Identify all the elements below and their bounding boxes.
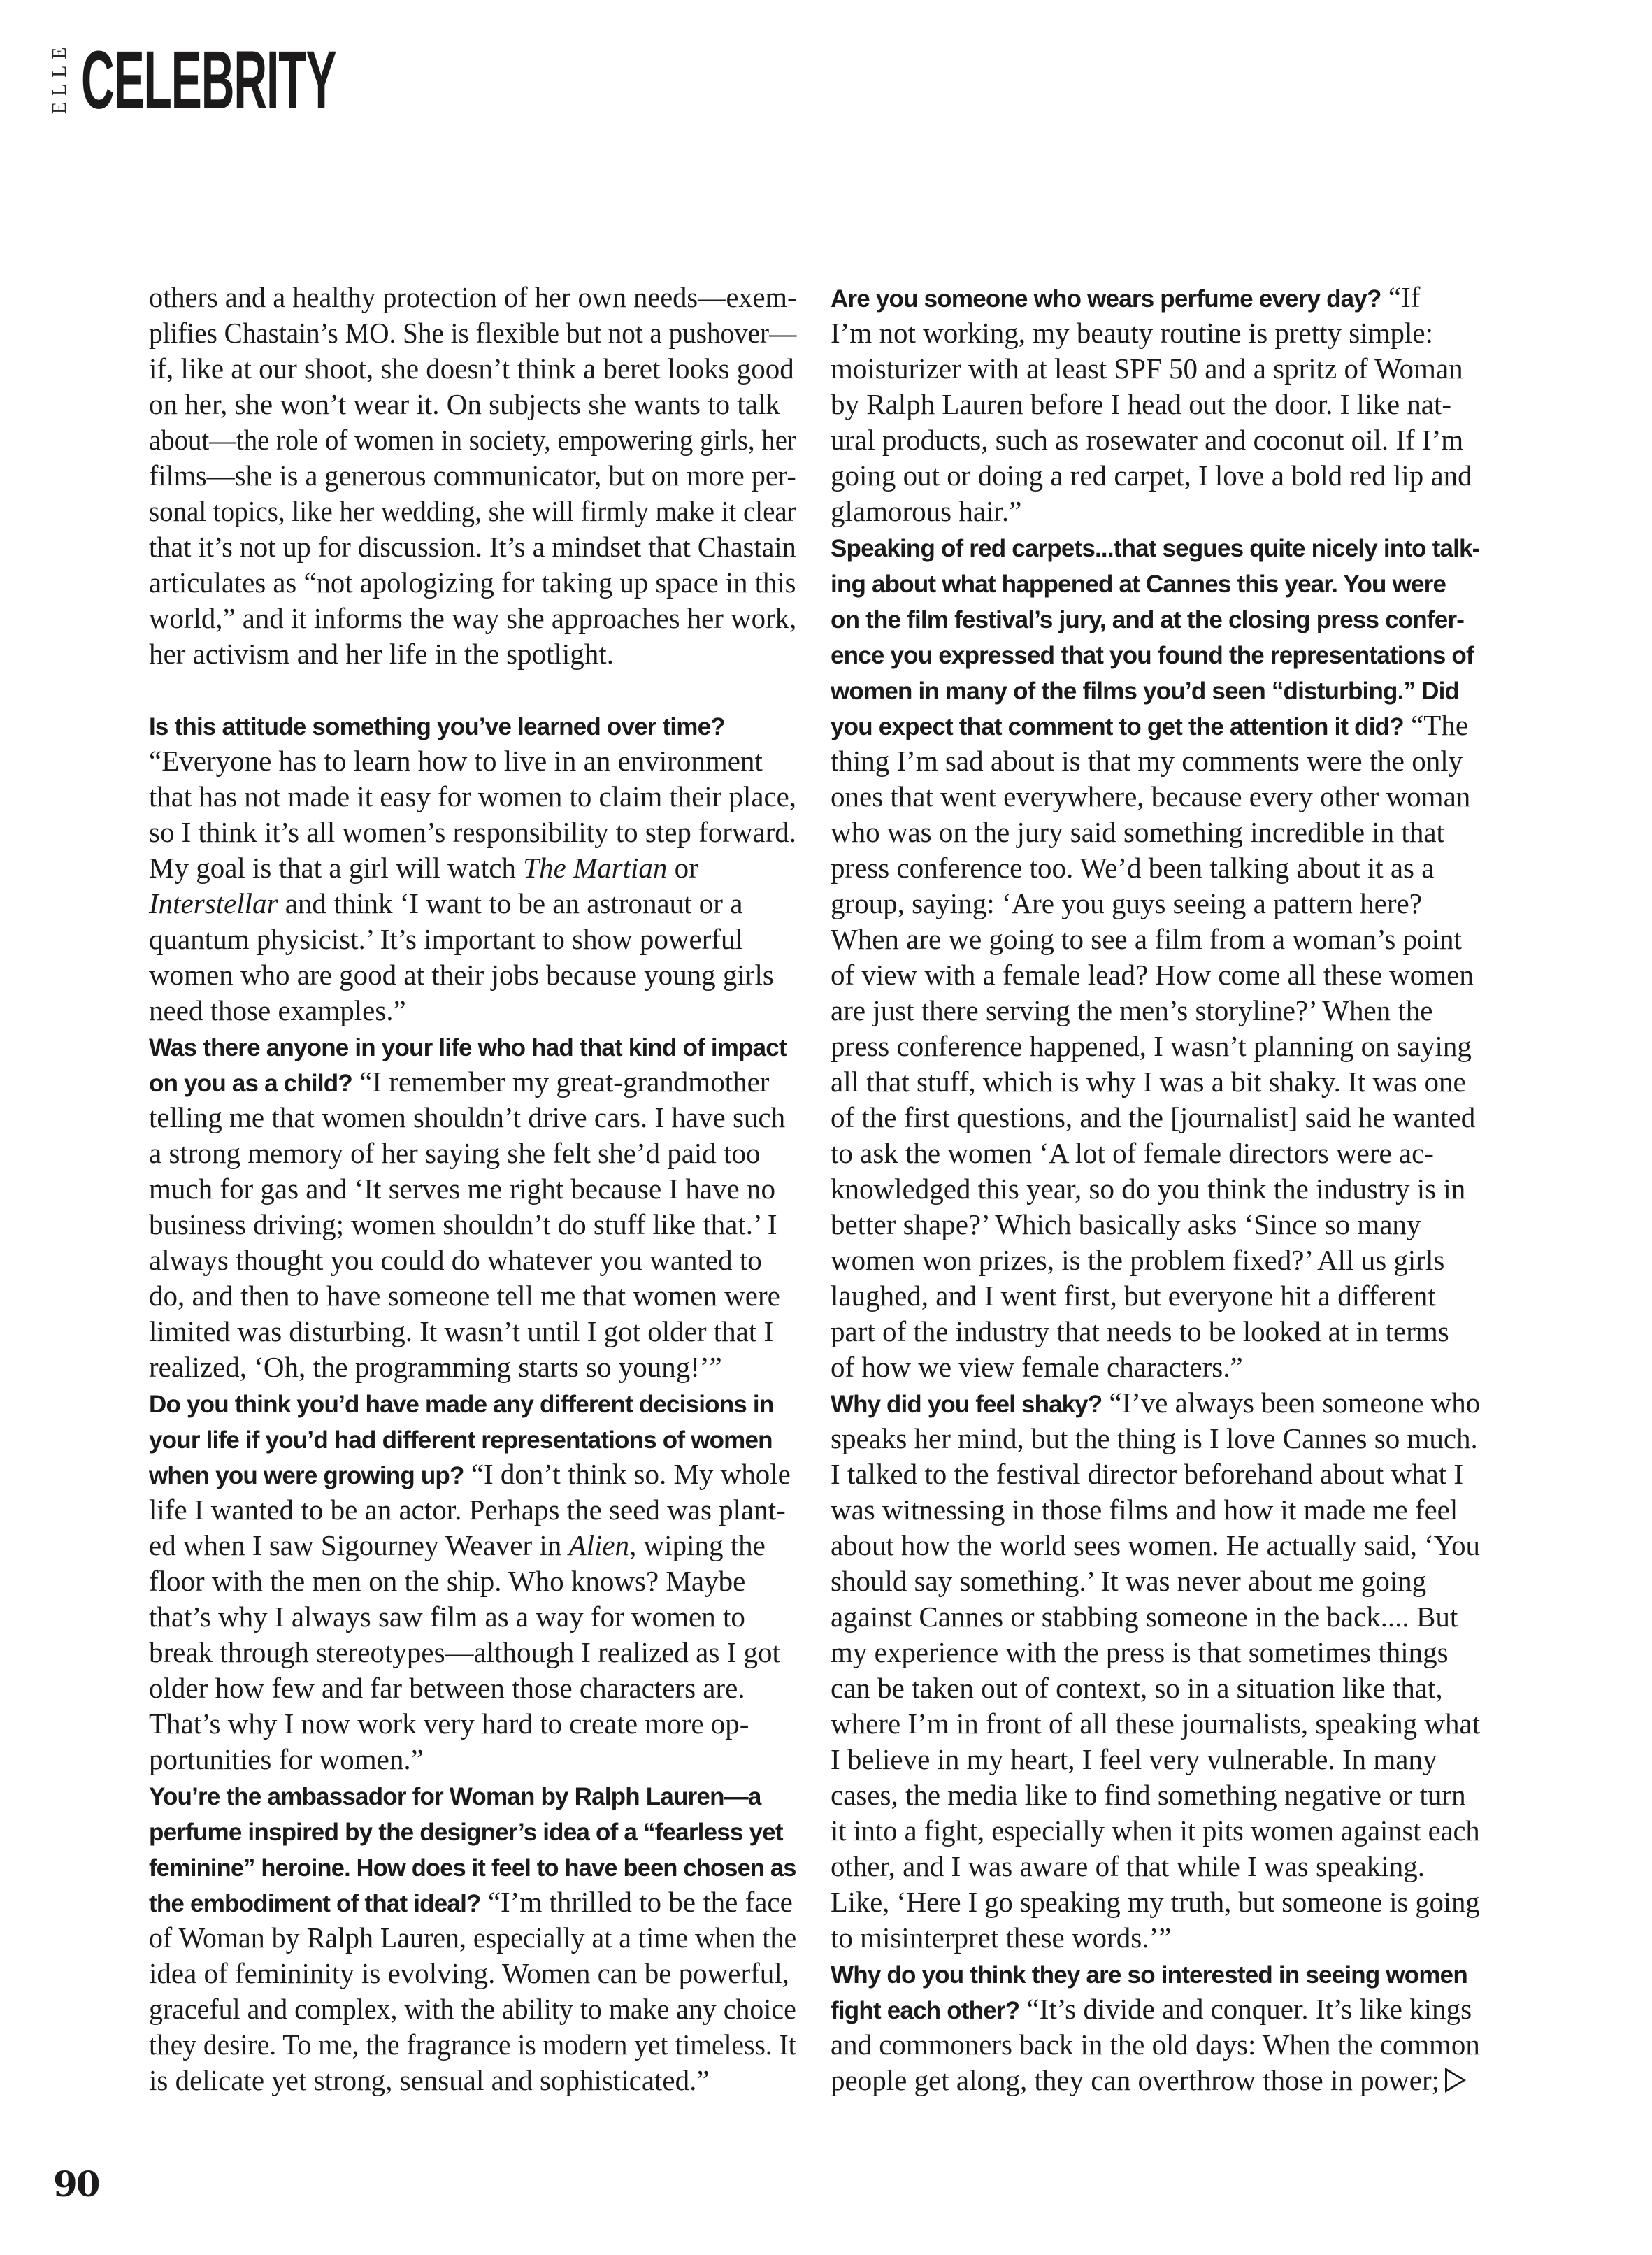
interview-question: on the film festival’s jury, and at the … [831,606,1464,633]
interview-question: Is this attitude something you’ve learne… [149,713,725,740]
text-line: to ask the women ‘A lot of female direct… [831,1136,1480,1171]
body-text: films—she is a generous communicator, bu… [149,459,796,492]
body-text: When are we going to see a film from a w… [831,923,1462,955]
body-text: portunities for women.” [149,1743,424,1775]
text-line: I’m not working, my beauty routine is pr… [831,315,1480,351]
text-line: the embodiment of that ideal? “I’m thril… [149,1884,796,1920]
interview-question: Do you think you’d have made any differe… [149,1391,773,1418]
body-text: that has not made it easy for women to c… [149,780,796,812]
body-text: part of the industry that needs to be lo… [831,1315,1449,1347]
body-text: others and a healthy protection of her o… [149,281,796,313]
text-line: floor with the men on the ship. Who know… [149,1563,796,1599]
text-line: is delicate yet strong, sensual and soph… [149,2063,796,2098]
body-text: sonal topics, like her wedding, she will… [149,495,796,527]
interview-question: fight each other? [831,1997,1019,2024]
body-text: that it’s not up for discussion. It’s a … [149,531,796,563]
text-line: thing I’m sad about is that my comments … [831,743,1480,779]
text-line: your life if you’d had different represe… [149,1421,796,1456]
text-line: films—she is a generous communicator, bu… [149,458,796,494]
body-text: My goal is that a girl will watch [149,852,523,884]
text-line: articulates as “not apologizing for taki… [149,565,796,601]
text-line: Are you someone who wears perfume every … [831,280,1480,315]
text-line: break through stereotypes—although I rea… [149,1635,796,1670]
body-text: press conference happened, I wasn’t plan… [831,1030,1472,1062]
body-text: idea of femininity is evolving. Women ca… [149,1957,789,1989]
text-line: press conference too. We’d been talking … [831,850,1480,886]
text-line: laughed, and I went first, but everyone … [831,1278,1480,1314]
text-line: fight each other? “It’s divide and conqu… [831,1991,1480,2027]
body-text: about—the role of women in society, empo… [149,424,796,456]
text-line: idea of femininity is evolving. Women ca… [149,1956,796,1991]
italic-title: Interstellar [149,887,278,919]
text-line: ing about what happened at Cannes this y… [831,565,1480,601]
body-text: or [667,852,698,884]
text-line: knowledged this year, so do you think th… [831,1171,1480,1207]
text-line: Why do you think they are so interested … [831,1956,1480,1991]
text-line: Like, ‘Here I go speaking my truth, but … [831,1884,1480,1920]
text-line: feminine” heroine. How does it feel to h… [149,1849,796,1884]
text-line: My goal is that a girl will watch The Ma… [149,850,796,886]
body-text: speaks her mind, but the thing is I love… [831,1422,1478,1454]
body-text: better shape?’ Which basically asks ‘Sin… [831,1208,1421,1240]
text-line: to misinterpret these words.’” [831,1920,1480,1956]
body-text: about how the world sees women. He actua… [831,1529,1480,1561]
interview-question: Why did you feel shaky? [831,1391,1102,1418]
interview-question: you expect that comment to get the atten… [831,713,1404,740]
text-line: they desire. To me, the fragrance is mod… [149,2027,796,2063]
body-text: against Cannes or stabbing someone in th… [831,1601,1458,1633]
interview-question: perfume inspired by the designer’s idea … [149,1819,783,1846]
text-line: going out or doing a red carpet, I love … [831,458,1480,494]
text-line: by Ralph Lauren before I head out the do… [831,387,1480,422]
text-line: realized, ‘Oh, the programming starts so… [149,1350,796,1385]
body-text: do, and then to have someone tell me tha… [149,1280,780,1312]
text-line: should say something.’ It was never abou… [831,1563,1480,1599]
body-text: knowledged this year, so do you think th… [831,1173,1465,1205]
text-line: Why did you feel shaky? “I’ve always bee… [831,1385,1480,1421]
text-line: my experience with the press is that som… [831,1635,1480,1670]
interview-question: You’re the ambassador for Woman by Ralph… [149,1783,761,1810]
body-text: if, like at our shoot, she doesn’t think… [149,352,794,385]
text-line: who was on the jury said something incre… [831,815,1480,850]
text-line: and commoners back in the old days: When… [831,2027,1480,2063]
text-line: are just there serving the men’s storyli… [831,993,1480,1029]
body-text: so I think it’s all women’s responsibili… [149,816,796,848]
body-text: “The [1404,709,1468,741]
body-text: should say something.’ It was never abou… [831,1565,1426,1597]
interview-question: Was there anyone in your life who had th… [149,1034,787,1061]
body-text: of view with a female lead? How come all… [831,959,1474,991]
text-line: Was there anyone in your life who had th… [149,1029,796,1064]
text-line: perfume inspired by the designer’s idea … [149,1813,796,1849]
text-line: quantum physicist.’ It’s important to sh… [149,922,796,957]
text-line: ed when I saw Sigourney Weaver in Alien,… [149,1528,796,1563]
text-line: others and a healthy protection of her o… [149,280,796,315]
text-line: ones that went everywhere, because every… [831,779,1480,815]
text-line: plifies Chastain’s MO. She is flexible b… [149,315,796,351]
body-text: graceful and complex, with the ability t… [149,1993,796,2025]
body-text: “I’m thrilled to be the face [481,1886,793,1918]
body-text: “I remember my great-grandmother [352,1066,770,1098]
body-text: where I’m in front of all these journali… [831,1708,1480,1740]
interview-question: on you as a child? [149,1070,352,1097]
text-line: other, and I was aware of that while I w… [831,1849,1480,1884]
text-line: was witnessing in those films and how it… [831,1492,1480,1528]
interview-question: Why do you think they are so interested … [831,1961,1467,1989]
text-line: life I wanted to be an actor. Perhaps th… [149,1492,796,1528]
body-text: I’m not working, my beauty routine is pr… [831,317,1433,349]
body-text: press conference too. We’d been talking … [831,852,1434,884]
text-line [149,672,796,708]
body-text: “I don’t think so. My whole [464,1458,791,1490]
body-text: older how few and far between those char… [149,1672,745,1704]
text-line: portunities for women.” [149,1742,796,1777]
article-column-right: Are you someone who wears perfume every … [831,280,1480,2098]
text-line: Is this attitude something you’ve learne… [149,708,796,743]
text-line: moisturizer with at least SPF 50 and a s… [831,351,1480,387]
body-text: “Everyone has to learn how to live in an… [149,745,763,777]
elle-logo: ELLE [50,47,71,114]
body-text: group, saying: ‘Are you guys seeing a pa… [831,887,1422,919]
body-text: need those examples.” [149,994,406,1026]
body-text: always thought you could do whatever you… [149,1244,762,1276]
text-line: need those examples.” [149,993,796,1029]
text-line: When are we going to see a film from a w… [831,922,1480,957]
text-line: much for gas and ‘It serves me right bec… [149,1171,796,1207]
text-line: Speaking of red carpets...that segues qu… [831,529,1480,565]
text-line: it into a fight, especially when it pits… [831,1813,1480,1849]
body-text: quantum physicist.’ It’s important to sh… [149,923,743,955]
body-text: life I wanted to be an actor. Perhaps th… [149,1494,786,1526]
text-line: better shape?’ Which basically asks ‘Sin… [831,1207,1480,1243]
body-text: “If [1381,281,1421,313]
body-text: and commoners back in the old days: When… [831,2028,1480,2061]
body-text: of how we view female characters.” [831,1351,1243,1383]
body-text: they desire. To me, the fragrance is mod… [149,2028,796,2061]
body-text: ural products, such as rosewater and coc… [831,424,1463,456]
section-title: CELEBRITY [81,39,336,122]
text-line: of Woman by Ralph Lauren, especially at … [149,1920,796,1956]
body-text: who was on the jury said something incre… [831,816,1444,848]
text-line: “Everyone has to learn how to live in an… [149,743,796,779]
body-text: a strong memory of her saying she felt s… [149,1137,760,1169]
interview-question: your life if you’d had different represe… [149,1426,773,1454]
italic-title: Alien [569,1529,630,1561]
body-text: are just there serving the men’s storyli… [831,994,1432,1026]
text-line: You’re the ambassador for Woman by Ralph… [149,1777,796,1813]
body-text: “I’ve always been someone who [1102,1387,1480,1419]
text-line: on her, she won’t wear it. On subjects s… [149,387,796,422]
body-text: “It’s divide and conquer. It’s like king… [1019,1993,1472,2025]
body-text: her activism and her life in the spotlig… [149,638,614,670]
text-line: part of the industry that needs to be lo… [831,1314,1480,1350]
text-line: about—the role of women in society, empo… [149,422,796,458]
text-line: Interstellar and think ‘I want to be an … [149,886,796,922]
body-text: realized, ‘Oh, the programming starts so… [149,1351,722,1383]
body-text: Like, ‘Here I go speaking my truth, but … [831,1886,1480,1918]
body-text: by Ralph Lauren before I head out the do… [831,388,1451,420]
body-text: is delicate yet strong, sensual and soph… [149,2064,710,2096]
text-line: where I’m in front of all these journali… [831,1706,1480,1742]
text-line: can be taken out of context, so in a sit… [831,1670,1480,1706]
text-line: about how the world sees women. He actua… [831,1528,1480,1563]
body-text: thing I’m sad about is that my comments … [831,745,1463,777]
text-line: That’s why I now work very hard to creat… [149,1706,796,1742]
body-text: telling me that women shouldn’t drive ca… [149,1101,785,1133]
text-line: world,” and it informs the way she appro… [149,601,796,636]
body-text: cases, the media like to find something … [831,1779,1466,1811]
interview-question: when you were growing up? [149,1462,464,1489]
text-line: telling me that women shouldn’t drive ca… [149,1100,796,1136]
body-text: to ask the women ‘A lot of female direct… [831,1137,1434,1169]
body-text: plifies Chastain’s MO. She is flexible b… [149,317,796,349]
text-line: women won prizes, is the problem fixed?’… [831,1243,1480,1278]
text-line: speaks her mind, but the thing is I love… [831,1421,1480,1456]
body-text: break through stereotypes—although I rea… [149,1636,780,1668]
body-text: of Woman by Ralph Lauren, especially at … [149,1921,796,1954]
body-text: on her, she won’t wear it. On subjects s… [149,388,780,420]
text-line: I believe in my heart, I feel very vulne… [831,1742,1480,1777]
interview-question: Are you someone who wears perfume every … [831,285,1381,313]
text-line: if, like at our shoot, she doesn’t think… [149,351,796,387]
text-line: cases, the media like to find something … [831,1777,1480,1813]
text-line: women in many of the films you’d seen “d… [831,672,1480,708]
body-text: all that stuff, which is why I was a bit… [831,1066,1466,1098]
text-line: a strong memory of her saying she felt s… [149,1136,796,1171]
body-text: it into a fight, especially when it pits… [831,1814,1480,1847]
continue-arrow-icon [1445,2068,1466,2093]
interview-question: feminine” heroine. How does it feel to h… [149,1854,796,1882]
body-text: going out or doing a red carpet, I love … [831,459,1472,492]
text-line: you expect that comment to get the atten… [831,708,1480,743]
body-text: glamorous hair.” [831,495,1021,527]
body-text: can be taken out of context, so in a sit… [831,1672,1443,1704]
text-line: all that stuff, which is why I was a bit… [831,1064,1480,1100]
text-line: that it’s not up for discussion. It’s a … [149,529,796,565]
text-line: glamorous hair.” [831,494,1480,529]
page-number: 90 [53,2163,99,2205]
body-text: women won prizes, is the problem fixed?’… [831,1244,1444,1276]
body-text: business driving; women shouldn’t do stu… [149,1208,777,1240]
body-text: of the first questions, and the [journal… [831,1101,1475,1133]
body-text: to misinterpret these words.’” [831,1921,1171,1954]
text-line: limited was disturbing. It wasn’t until … [149,1314,796,1350]
body-text: my experience with the press is that som… [831,1636,1449,1668]
text-line: of view with a female lead? How come all… [831,957,1480,993]
body-text: I believe in my heart, I feel very vulne… [831,1743,1437,1775]
text-line: older how few and far between those char… [149,1670,796,1706]
text-line: always thought you could do whatever you… [149,1243,796,1278]
body-text: women who are good at their jobs because… [149,959,774,991]
interview-question: the embodiment of that ideal? [149,1890,481,1917]
body-text: I talked to the festival director before… [831,1458,1463,1490]
text-line: sonal topics, like her wedding, she will… [149,494,796,529]
body-text: ones that went everywhere, because every… [831,780,1470,812]
text-line: people get along, they can overthrow tho… [831,2063,1480,2098]
italic-title: The Martian [523,852,667,884]
body-text: articulates as “not apologizing for taki… [149,566,796,599]
body-text: floor with the men on the ship. Who know… [149,1565,745,1597]
text-line: when you were growing up? “I don’t think… [149,1456,796,1492]
text-line: ence you expressed that you found the re… [831,636,1480,672]
text-line: her activism and her life in the spotlig… [149,636,796,672]
body-text: , wiping the [629,1529,766,1561]
interview-question: Speaking of red carpets...that segues qu… [831,535,1480,562]
text-line: that has not made it easy for women to c… [149,779,796,815]
body-text: other, and I was aware of that while I w… [831,1850,1425,1882]
body-text: and think ‘I want to be an astronaut or … [278,887,742,919]
body-text: ed when I saw Sigourney Weaver in [149,1529,569,1561]
text-line: I talked to the festival director before… [831,1456,1480,1492]
body-text: was witnessing in those films and how it… [831,1494,1458,1526]
text-line: press conference happened, I wasn’t plan… [831,1029,1480,1064]
body-text: people get along, they can overthrow tho… [831,2064,1439,2096]
text-line: so I think it’s all women’s responsibili… [149,815,796,850]
text-line: women who are good at their jobs because… [149,957,796,993]
text-line: on you as a child? “I remember my great-… [149,1064,796,1100]
text-line: Do you think you’d have made any differe… [149,1385,796,1421]
interview-question: ence you expressed that you found the re… [831,642,1474,669]
text-line: ural products, such as rosewater and coc… [831,422,1480,458]
text-line: against Cannes or stabbing someone in th… [831,1599,1480,1635]
text-line: of how we view female characters.” [831,1350,1480,1385]
body-text: That’s why I now work very hard to creat… [149,1708,749,1740]
text-line: on the film festival’s jury, and at the … [831,601,1480,636]
article-column-left: others and a healthy protection of her o… [149,280,796,2098]
body-text: limited was disturbing. It wasn’t until … [149,1315,773,1347]
text-line: that’s why I always saw film as a way fo… [149,1599,796,1635]
interview-question: ing about what happened at Cannes this y… [831,571,1446,598]
body-text: laughed, and I went first, but everyone … [831,1280,1436,1312]
text-line: group, saying: ‘Are you guys seeing a pa… [831,886,1480,922]
text-line: do, and then to have someone tell me tha… [149,1278,796,1314]
text-line: business driving; women shouldn’t do stu… [149,1207,796,1243]
text-line: of the first questions, and the [journal… [831,1100,1480,1136]
body-text: that’s why I always saw film as a way fo… [149,1601,745,1633]
body-text: moisturizer with at least SPF 50 and a s… [831,352,1463,385]
interview-question: women in many of the films you’d seen “d… [831,678,1459,705]
body-text: world,” and it informs the way she appro… [149,602,796,634]
body-text: much for gas and ‘It serves me right bec… [149,1173,775,1205]
text-line: graceful and complex, with the ability t… [149,1991,796,2027]
